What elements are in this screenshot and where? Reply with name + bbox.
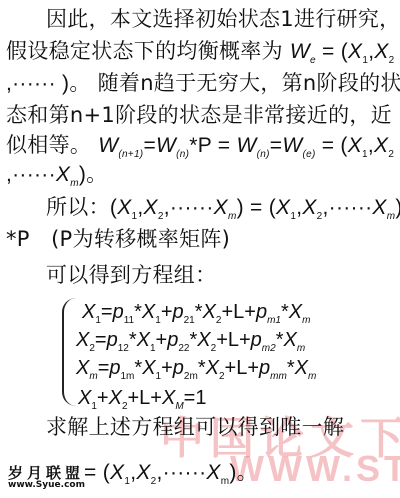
para1-line2-text: 假设稳定状态下的均衡概率为 bbox=[6, 39, 283, 63]
para2-line2: *P (P为转移概率矩阵) bbox=[6, 226, 230, 252]
para2-line1: 所以：(X1,X2,······Xm) = (X1,X2,······Xm) bbox=[46, 194, 400, 230]
para1-line3: ,······ )。 随着n趋于无穷大，第n阶段的状 bbox=[6, 70, 400, 97]
w-recurrence-equation: W(n+1)=W(n)*P = W(n)=W(e) = (X1,X2 bbox=[98, 134, 394, 157]
para1-line5-text: 似相等。 bbox=[6, 133, 91, 157]
para3-line1: 求解上述方程组可以得到唯一解 bbox=[46, 414, 344, 440]
para1-line4: 态和第n+1阶段的状态是非常接近的，近 bbox=[6, 102, 392, 128]
we-equation: We = (X1,X2 bbox=[290, 40, 395, 63]
watermark-logo-url: www.Syue.com bbox=[8, 480, 85, 490]
para1-line2: 假设稳定状态下的均衡概率为 We = (X1,X2 bbox=[6, 38, 395, 74]
ellipsis-close: ,······ )。 bbox=[6, 72, 91, 95]
para2-line3: 可以得到方程组： bbox=[46, 262, 216, 288]
para1-line3-text: 随着n趋于无穷大，第n阶段的状 bbox=[98, 71, 400, 95]
para1-line1: 因此，本文选择初始状态1进行研究， bbox=[46, 6, 400, 32]
para3-line2: = (X1,X2,······Xm)。 bbox=[84, 460, 258, 495]
equation-3: Xm=p1m*X1+p2m*X2+L+pmm*Xm bbox=[76, 356, 316, 389]
document-page: 因此，本文选择初始状态1进行研究， 假设稳定状态下的均衡概率为 We = (X1… bbox=[0, 0, 400, 498]
para1-line6: ,······Xm)。 bbox=[6, 162, 107, 197]
